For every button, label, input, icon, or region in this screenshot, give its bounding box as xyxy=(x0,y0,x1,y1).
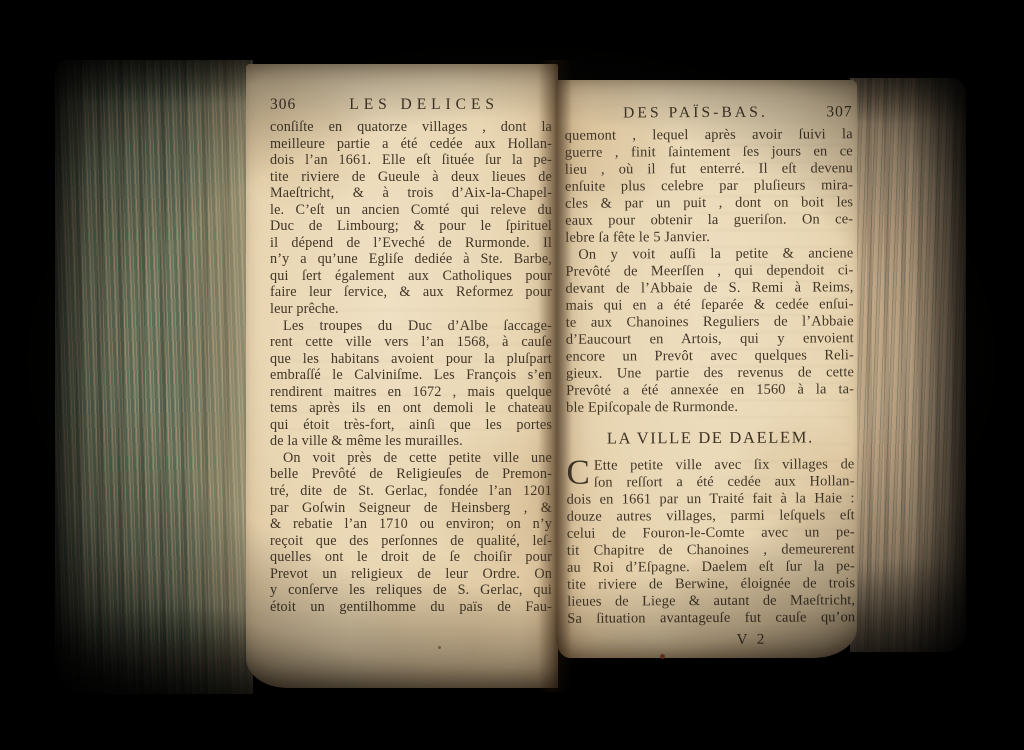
text-line: Ette petite ville avec ſix villages de xyxy=(566,456,854,475)
text-line: Sa ſituation avantageuſe fut cauſe qu’on xyxy=(567,609,855,628)
text-line: enſuite plus celebre par pluſieurs mira- xyxy=(565,177,853,196)
text-line: Prevot un religieux de leur Ordre. On xyxy=(270,566,552,583)
text-line: lieues de Liege & autant de Maeſtricht, xyxy=(567,592,855,611)
text-line: de la ville & même les murailles. xyxy=(270,433,552,450)
text-line: Prevôté a été annexée en 1560 à la ta- xyxy=(566,381,854,400)
text-line: d’Eaucourt en Artois, qui y envoient xyxy=(566,330,854,349)
text-line: Prevôté de Meerſſen , qui dependoit ci- xyxy=(565,262,853,281)
section-heading: LA VILLE DE DAELEM. xyxy=(566,427,854,449)
right-page-number: 307 xyxy=(826,103,852,121)
text-line: devant de l’Abbaie de S. Remi à Reims, xyxy=(565,279,853,298)
text-line: Les troupes du Duc d’Albe ſaccage- xyxy=(270,318,552,335)
text-line: lebre ſa fête le 5 Janvier. xyxy=(565,228,853,247)
text-line: ble Epiſcopale de Rurmonde. xyxy=(566,398,854,417)
text-line: il dépend de l’Eveché de Rurmonde. Il xyxy=(270,235,552,252)
text-line: On voit près de cette petite ville une xyxy=(270,450,552,467)
text-line: qui étoit très-fort, ainſi que les porte… xyxy=(270,417,552,434)
paragraph-prevote-meerssen: On y voit auſſi la petite & ancienePrevô… xyxy=(565,245,854,417)
left-page-text: 306 LES DELICES conſiſte en quatorze vil… xyxy=(270,96,552,615)
text-line: dois en 1661 par un Traité fait à la Hai… xyxy=(567,490,855,509)
text-line: celui de Fouron-le-Comte avec un pe- xyxy=(567,524,855,543)
text-line: guerre , finit ſaintement ſes jours en c… xyxy=(565,143,853,162)
text-line: reçoit que des perſonnes de qualité, leſ… xyxy=(270,533,552,550)
right-fore-edge xyxy=(850,78,966,652)
text-line: quemont , lequel après avoir ſuivi la xyxy=(565,126,853,145)
right-page-text: DES PAÏS-BAS. 307 quemont , lequel après… xyxy=(565,103,856,650)
text-line: tit Chapitre de Chanoines , demeurerent xyxy=(567,541,855,560)
text-line: eaux pour obtenir la gueriſon. On ce- xyxy=(565,211,853,230)
paragraph-fauquemont-intro: conſiſte en quatorze villages , dont lam… xyxy=(270,119,552,318)
text-line: On y voit auſſi la petite & anciene xyxy=(565,245,853,264)
text-line: y conſerve les reliques de S. Gerlac, qu… xyxy=(270,582,552,599)
right-running-title: DES PAÏS-BAS. xyxy=(565,103,827,122)
text-line: dois l’an 1661. Elle eſt ſituée ſur la p… xyxy=(270,152,552,169)
paragraph-fauquemont-cont: quemont , lequel après avoir ſuivi lague… xyxy=(565,126,854,247)
text-line: leur prêche. xyxy=(270,301,552,318)
text-line: rendirent maitres en 1672 , mais quelque xyxy=(270,384,552,401)
text-line: n’y a qu’une Egliſe dediée à Ste. Barbe, xyxy=(270,251,552,268)
text-line: le. C’eſt un ancien Comté qui releve du xyxy=(270,202,552,219)
text-line: gieux. Une partie des revenus de cette xyxy=(566,364,854,383)
text-line: conſiſte en quatorze villages , dont la xyxy=(270,119,552,136)
right-page-header: DES PAÏS-BAS. 307 xyxy=(565,103,853,125)
red-stain xyxy=(660,654,665,659)
text-line: encore un Prevôt avec quelques Reli- xyxy=(566,347,854,366)
text-line: Maeſtricht, & à trois d’Aix-la-Chapel- xyxy=(270,185,552,202)
text-line: mais qui en a été ſeparée & cedée enſui- xyxy=(566,296,854,315)
text-line: ſon reſſort a été cedée aux Hollan- xyxy=(567,473,855,492)
text-line: te aux Chanoines Reguliers de l’Abbaie xyxy=(566,313,854,332)
book-photo: 306 LES DELICES conſiſte en quatorze vil… xyxy=(0,0,1024,750)
text-line: quelles ont le droit de ſe choiſir pour xyxy=(270,549,552,566)
text-line: & rebatie l’an 1710 ou environ; on n’y xyxy=(270,516,552,533)
left-page-header: 306 LES DELICES xyxy=(270,96,552,116)
text-line: belle Prevôté de Religieuſes de Premon- xyxy=(270,466,552,483)
paragraph-duc-albe: Les troupes du Duc d’Albe ſaccage-rent c… xyxy=(270,318,552,450)
text-line: tite riviere de Berwine, éloignée de tro… xyxy=(567,575,855,594)
text-line: tite riviere de Gueule à deux lieues de xyxy=(270,169,552,186)
text-line: au Roi d’Eſpagne. Daelem eſt ſur la pe- xyxy=(567,558,855,577)
text-line: par Goſwin Seigneur de Heinsberg , & xyxy=(270,500,552,517)
text-line: qui ſert également aux Catholiques pour xyxy=(270,268,552,285)
text-line: embraſſé le Calviniſme. Les François s’e… xyxy=(270,367,552,384)
text-line: étoit un gentilhomme du païs de Fau- xyxy=(270,599,552,616)
text-line: lieu , où il fut enterré. Il eſt devenu xyxy=(565,160,853,179)
left-page-number: 306 xyxy=(270,96,296,114)
text-line: meilleure partie a été cedée aux Hollan- xyxy=(270,136,552,153)
text-line: Duc de Limbourg; & pour le ſpirituel xyxy=(270,218,552,235)
ink-speck xyxy=(438,646,441,649)
text-line: rent cette ville vers l’an 1568, à cauſe xyxy=(270,334,552,351)
signature-mark: V 2 xyxy=(567,631,855,650)
text-line: faire leur ſervice, & aux Reformez pour xyxy=(270,284,552,301)
paragraph-daelem: C Ette petite ville avec ſix villages de… xyxy=(566,456,855,628)
text-line: tré, dite de St. Gerlac, fondée l’an 120… xyxy=(270,483,552,500)
text-line: cles & par un puit , dont on boit les xyxy=(565,194,853,213)
text-line: douze autres villages, parmi leſquels eſ… xyxy=(567,507,855,526)
left-running-title: LES DELICES xyxy=(296,96,552,114)
text-line: tems après ils en ont demoli le chateau xyxy=(270,400,552,417)
text-line: que les habitans avoient pour la pluſpar… xyxy=(270,351,552,368)
paragraph-prevote-gerlac: On voit près de cette petite ville unebe… xyxy=(270,450,552,615)
drop-cap: C xyxy=(566,458,594,490)
left-fore-edge xyxy=(55,60,253,694)
